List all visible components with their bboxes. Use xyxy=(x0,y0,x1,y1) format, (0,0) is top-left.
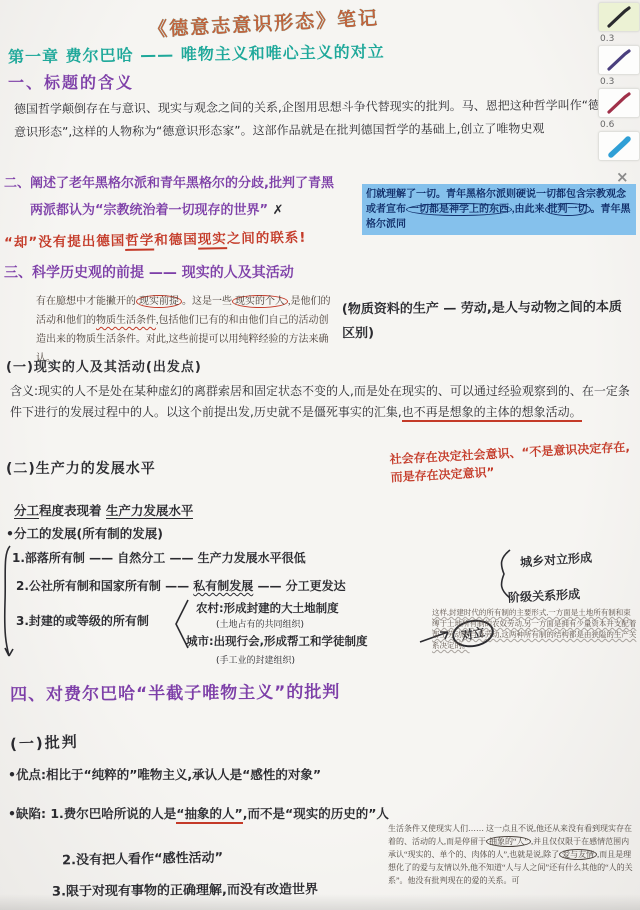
feuerbach-merit-line: •优点:相比于“纯粹的”唯物主义,承认人是“感性的对象” xyxy=(8,765,632,783)
body-text: 程度表现着 xyxy=(39,503,106,518)
pen-size-label: 0.3 xyxy=(600,77,614,87)
circled-phrase: 批判一切 xyxy=(545,203,591,216)
ownership-item-3-urban-sub: (手工业的封建组织) xyxy=(216,653,416,666)
subsection-1-heading: (一)现实的人及其活动(出发点) xyxy=(6,356,202,375)
body-text: 2.公社所有制和国家所有制 —— xyxy=(16,579,193,593)
circled-phrase: 一切都是神学上的东西 xyxy=(406,203,512,216)
subsection-1-body: 含义:现实的人不是处在某种虚幻的离群索居和固定状态不变的人,而是处在现实的、可以… xyxy=(10,381,636,423)
ownership-item-3-rural: 农村:形成封建的大土地制度 xyxy=(196,600,436,616)
blue-marker-icon xyxy=(606,134,632,158)
page-title: 《德意志意识形态》笔记 xyxy=(148,0,579,42)
red-circled-phrase: 现实的个人 xyxy=(232,295,288,308)
ownership-item-3-urban: 城市:出现行会,形成帮工和学徒制度 xyxy=(186,633,436,649)
textbook-excerpt-feudal: 这样,封建时代的所有制的主要形式,一方面是土地所有制和束缚于土地所有制的农奴劳动… xyxy=(432,607,638,651)
feuerbach-flaw-3: 3.限于对现有事物的正确理解,而没有改造世界 xyxy=(52,877,412,899)
notebook-page-photo: 《德意志意识形态》笔记 第一章 费尔巴哈 —— 唯物主义和唯心主义的对立 一、标… xyxy=(0,0,640,910)
body-text: •缺陷: 1.费尔巴哈所说的人是 xyxy=(8,806,176,821)
circled-phrase: 爱与友情 xyxy=(559,849,597,860)
labour-margin-note: (物质资料的生产 — 劳动,是人与动物之间的本质区别) xyxy=(342,296,634,347)
red-underlined-phrase: “抽象的人” xyxy=(176,806,242,824)
excerpt-text: ,由此来 xyxy=(512,204,545,215)
pen-size-label: 0.3 xyxy=(600,34,614,44)
underlined-word: 现实 xyxy=(198,231,227,250)
close-icon[interactable]: × xyxy=(616,168,629,186)
ownership-item-1: 1.部落所有制 —— 自然分工 —— 生产力发展水平很低 xyxy=(12,549,442,566)
section-2-red-note: “却”没有提出德国哲学和德国现实之间的联系! xyxy=(4,225,356,251)
ownership-item-3-rural-sub: (土地占有的共同组织) xyxy=(216,617,416,630)
blue-marker-button[interactable] xyxy=(598,131,640,161)
underlined-phrase: 生产力发展水平 xyxy=(106,503,194,519)
black-pen-button[interactable] xyxy=(598,2,640,32)
social-being-red-note: 社会存在决定社会意识、“不是意识决定存在,而是存在决定意识” xyxy=(389,438,639,487)
subsection-2-heading: (二)生产力的发展水平 xyxy=(6,458,156,478)
wavy-underlined-phrase: 私有制发展 xyxy=(193,579,253,593)
ownership-item-2-result-2: 阶级关系形成 xyxy=(508,585,581,606)
textbook-excerpt-feuerbach: 生活条件又使现实人们…… 这一点且不说,他还从来没有看到现实存在着的、活动的人,… xyxy=(388,822,636,887)
red-pen-button[interactable] xyxy=(598,88,640,118)
purple-pen-icon xyxy=(606,48,632,72)
wavy-underlined-phrase: 物质生活条件 xyxy=(96,315,156,326)
purple-pen-button[interactable] xyxy=(598,45,640,75)
circled-phrase: 抽象的“人” xyxy=(486,836,531,847)
underlined-word: 分工 xyxy=(14,503,39,519)
chapter-heading: 第一章 费尔巴哈 —— 唯物主义和唯心主义的对立 xyxy=(8,36,628,68)
section-4-sub-heading: (一)批判 xyxy=(10,731,79,754)
ownership-development-line: •分工的发展(所有制的发展) xyxy=(6,524,163,542)
underlined-word: 哲学 xyxy=(125,232,154,251)
body-text: ,而不是“现实的历史的”人 xyxy=(243,806,389,821)
excerpt-text: 。这是一些 xyxy=(182,296,232,307)
division-of-labour-line: 分工程度表现着 生产力发展水平 xyxy=(14,501,193,519)
ownership-item-2: 2.公社所有制和国家所有制 —— 私有制发展 —— 分工更发达 xyxy=(16,577,496,594)
section-4-heading: 四、对费尔巴哈“半截子唯物主义”的批判 xyxy=(10,676,510,705)
feuerbach-flaw-2: 2.没有把人看作“感性活动” xyxy=(62,847,223,869)
feuerbach-flaw-1: •缺陷: 1.费尔巴哈所说的人是“抽象的人”,而不是“现实的历史的”人 xyxy=(8,804,632,822)
excerpt-text: 有在臆想中才能撇开的 xyxy=(36,296,136,307)
section-2-heading-line2: 两派都认为“宗教统治着一切现存的世界” ✗ xyxy=(30,199,370,218)
body-text: —— 分工更发达 xyxy=(253,579,345,593)
red-note-text: 之间的联系! xyxy=(227,230,307,247)
red-note-text: “却”没有提出德国 xyxy=(4,233,126,251)
red-pen-icon xyxy=(606,91,632,115)
section-2-heading-text: 两派都认为“宗教统治着一切现存的世界” xyxy=(30,203,268,218)
red-circled-phrase: 现实前提 xyxy=(136,295,182,308)
ownership-item-3: 3.封建的或等级的所有制 xyxy=(16,612,176,629)
black-pen-icon xyxy=(606,5,632,29)
red-underlined-phrase: 也不再是想象的主体的想象活动。 xyxy=(402,405,582,422)
ownership-item-2-result-1: 城乡对立形成 xyxy=(519,549,592,571)
section-3-heading: 三、科学历史观的前提 —— 现实的人及其活动 xyxy=(4,262,464,282)
section-1-heading: 一、标题的含义 xyxy=(8,70,134,93)
pen-size-label: 0.6 xyxy=(600,120,614,130)
highlighted-textbook-excerpt: 们就理解了一切。青年黑格尔派则硬说一切都包含宗教观念或者宣布一切都是神学上的东西… xyxy=(362,184,636,235)
cross-mark: ✗ xyxy=(273,203,284,218)
red-note-text: 和德国 xyxy=(154,232,198,249)
section-1-body: 德国哲学颠倒存在与意识、现实与观念之间的关系,企图用思想斗争代替现实的批判。马、… xyxy=(14,94,636,144)
